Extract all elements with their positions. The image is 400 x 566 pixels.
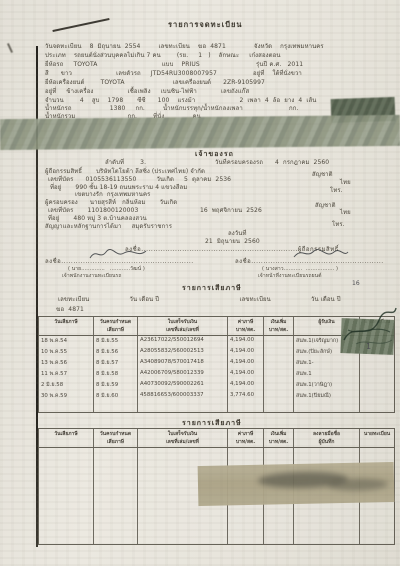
handwritten-mark-one: 1 bbox=[366, 342, 371, 352]
table-cell bbox=[94, 510, 138, 544]
table-cell bbox=[264, 336, 294, 347]
owner-holder-name: ผู้ถือกรรมสิทธิ์ บริษัทโตโยต้า ลีสซิ่ง (… bbox=[45, 168, 205, 175]
table-row: 2 มิ.ย.588 มิ.ย.59A40730092/5900022614,1… bbox=[39, 380, 394, 391]
table-cell: ค่าภาษี บาท/สต. bbox=[228, 429, 264, 447]
table-cell: A23617022/550012694 bbox=[138, 336, 228, 347]
occupier-card: เลขที่บัตร 1101800120003 bbox=[48, 207, 138, 214]
table-cell bbox=[39, 479, 94, 510]
table-cell: 13 พ.ค.56 bbox=[39, 358, 94, 369]
table-cell: A28055832/560002513 bbox=[138, 347, 228, 358]
dated-label: ลงวันที่ bbox=[228, 230, 247, 237]
tape-strip-khaki bbox=[198, 462, 395, 506]
table-cell: ใบเสร็จรับเงิน เลขที่เล่ม/เลขที่ bbox=[138, 317, 228, 335]
occupier-birthdate: 16 พฤศจิกายน 2526 bbox=[200, 207, 262, 214]
table-cell: 8 มิ.ย.56 bbox=[94, 347, 138, 358]
table-cell bbox=[360, 369, 394, 380]
table-cell bbox=[138, 402, 228, 412]
table-cell bbox=[39, 448, 94, 479]
table-cell: 11 พ.ค.57 bbox=[39, 369, 94, 380]
tax1-subheader: เลขทะเบียน วัน เดือน ปี เลขทะเบียน วัน เ… bbox=[58, 296, 341, 303]
page-title: รายการจดทะเบียน bbox=[168, 20, 243, 29]
table-cell: 3,774.60 bbox=[228, 391, 264, 402]
table-row: 11 พ.ค.578 มิ.ย.58A42006709/5800123394,1… bbox=[39, 369, 394, 380]
table-cell: วันครบกำหนด เสียภาษี bbox=[94, 317, 138, 335]
table-cell: 4,194.00 bbox=[228, 380, 264, 391]
signature-left bbox=[88, 246, 148, 262]
table-cell bbox=[264, 369, 294, 380]
table-cell: ค่าภาษี บาท/สต. bbox=[228, 317, 264, 335]
table-row: 30 พ.ค.598 มิ.ย.60458816653/6000033373,7… bbox=[39, 391, 394, 402]
table-cell: 10 พ.ค.55 bbox=[39, 347, 94, 358]
owner-section-title: เจ้าของรถ bbox=[195, 150, 234, 158]
table-cell: สนพ.1 bbox=[294, 369, 360, 380]
table-row: 13 พ.ค.568 มิ.ย.57A34089078/5700174184,1… bbox=[39, 358, 394, 369]
tel-label-1: โทร. bbox=[330, 187, 343, 194]
table-cell: ใบเสร็จรับเงิน เลขที่เล่ม/เลขที่ bbox=[138, 429, 228, 447]
table-cell: 4,194.00 bbox=[228, 358, 264, 369]
table-cell bbox=[294, 510, 360, 544]
acquisition-evidence: สัญญาและหลักฐานการได้มา สมุดรับราชการ bbox=[45, 223, 172, 230]
table-cell: 4,194.00 bbox=[228, 347, 264, 358]
table-cell bbox=[264, 347, 294, 358]
occupier-nationality: ไทย bbox=[340, 209, 351, 216]
tel-label-2: โทร. bbox=[332, 221, 345, 228]
table-cell: สนพ.1- bbox=[294, 358, 360, 369]
table-cell bbox=[360, 380, 394, 391]
table-cell: สนพ.1(ปิยมณี) bbox=[294, 391, 360, 402]
table-cell: A42006709/580012339 bbox=[138, 369, 228, 380]
table-row: วันเสียภาษีวันครบกำหนด เสียภาษีใบเสร็จรั… bbox=[39, 429, 394, 448]
left-signer-role: เจ้าพนักงานงานทะเบียนรถ bbox=[62, 273, 121, 279]
left-signer-name: ( นาย.............. ............วัฒน์ ) bbox=[68, 266, 145, 272]
table-cell: 458816653/600003337 bbox=[138, 391, 228, 402]
evidence-date: 21 มิถุนายน 2560 bbox=[205, 238, 260, 245]
occupier-address: ที่อยู่ 480 หมู่ 3 ต.บ้านคลองสวน bbox=[48, 215, 147, 222]
tax1-reg-no: ฆอ 4871 bbox=[56, 306, 84, 313]
occupier-name: ผู้ครอบครอง นายสุรสีห์ กลิ่นห้อม วันเกิด bbox=[45, 199, 177, 206]
tape-band-green bbox=[0, 115, 400, 150]
reg-line-type: ประเภท รถยนต์นั่งส่วนบุคคลไม่เกิน 7 คน (… bbox=[45, 52, 281, 59]
table-cell bbox=[264, 510, 294, 544]
tax1-title: รายการเสียภาษี bbox=[182, 284, 242, 292]
table-cell bbox=[264, 358, 294, 369]
owner-holder-address2: เขตบางรัก กรุงเทพมหานคร bbox=[75, 191, 150, 198]
table-cell: เงินเพิ่ม บาท/สต. bbox=[264, 317, 294, 335]
table-cell: ลงลายมือชื่อ ผู้บันทึก bbox=[294, 429, 360, 447]
table-cell: 30 พ.ค.59 bbox=[39, 391, 94, 402]
owner-holder-card: เลขที่บัตร 0105536113550 วันเกิด 5 ตุลาค… bbox=[48, 176, 231, 183]
pen-slash-mark bbox=[52, 18, 109, 32]
tape-smudge bbox=[328, 478, 388, 491]
table-row bbox=[39, 402, 394, 412]
table-cell bbox=[94, 479, 138, 510]
table-cell bbox=[94, 402, 138, 412]
table-cell: A34089078/570017418 bbox=[138, 358, 228, 369]
tax-table-2-head: วันเสียภาษีวันครบกำหนด เสียภาษีใบเสร็จรั… bbox=[39, 429, 394, 448]
table-cell: วันครบกำหนด เสียภาษี bbox=[94, 429, 138, 447]
table-cell bbox=[94, 448, 138, 479]
reg-line-chassis: สี ขาว เลขตัวรถ JTD54RU3008007957 อยู่ที… bbox=[45, 70, 302, 77]
table-cell: 18 พ.ค.54 bbox=[39, 336, 94, 347]
margin-pen-mark bbox=[7, 43, 13, 53]
signature-right bbox=[292, 246, 350, 262]
table-cell: นายทะเบียน bbox=[360, 429, 394, 447]
table-cell: 4,194.00 bbox=[228, 369, 264, 380]
owner-possession-date: วันที่ครอบครองรถ 4 กรกฎาคม 2560 bbox=[215, 159, 329, 166]
table-cell: เงินเพิ่ม บาท/สต. bbox=[264, 429, 294, 447]
table-cell: วันเสียภาษี bbox=[39, 317, 94, 335]
table-row bbox=[39, 510, 394, 544]
reg-line-fuel: อยู่ที่ ข้างเครื่อง เชื้อเพลิง เบนซิน-ไฟ… bbox=[45, 88, 249, 95]
table-cell bbox=[360, 510, 394, 544]
table-cell bbox=[264, 380, 294, 391]
table-cell bbox=[360, 402, 394, 412]
reg-line-brand: ยี่ห้อรถ TOYOTA แบบ PRIUS รุ่นปี ค.ศ. 20… bbox=[45, 61, 303, 68]
table-cell: 8 มิ.ย.59 bbox=[94, 380, 138, 391]
table-cell: สนพ.1(วาษิฎา) bbox=[294, 380, 360, 391]
tax2-title: รายการเสียภาษี bbox=[182, 419, 242, 427]
table-cell bbox=[360, 391, 394, 402]
table-cell: วันเสียภาษี bbox=[39, 429, 94, 447]
owner-seq: ลำดับที่ 3. bbox=[105, 159, 146, 166]
handwritten-page-number: 16 bbox=[352, 280, 360, 287]
table-cell: 4,194.00 bbox=[228, 336, 264, 347]
table-cell: A40730092/590002261 bbox=[138, 380, 228, 391]
table-cell bbox=[264, 402, 294, 412]
reg-line-weight: น้ำหนักรถ 1380 กก. น้ำหนักบรรทุก/น้ำหนัก… bbox=[45, 105, 298, 112]
nationality-label-2: สัญชาติ bbox=[315, 202, 336, 209]
table-cell bbox=[39, 510, 94, 544]
scanned-registration-document: รายการจดทะเบียน วันจดทะเบียน 8 มิถุนายน … bbox=[0, 0, 400, 566]
table-cell: 8 มิ.ย.60 bbox=[94, 391, 138, 402]
table-cell: 2 มิ.ย.58 bbox=[39, 380, 94, 391]
right-signer-role: เจ้าหน้าที่งานทะเบียนรถยนต์ bbox=[258, 273, 322, 279]
table-cell: 8 มิ.ย.58 bbox=[94, 369, 138, 380]
table-cell bbox=[228, 510, 264, 544]
reg-line-cylinders: จำนวน 4 สูบ 1798 ซีซี 100 แรงม้า 2 เพลา … bbox=[45, 97, 316, 104]
right-signer-name: ( นางสาว........... ................. ) bbox=[262, 266, 338, 272]
table-cell: 8 มิ.ย.57 bbox=[94, 358, 138, 369]
table-cell bbox=[264, 391, 294, 402]
owner-holder-nationality: ไทย bbox=[340, 179, 351, 186]
table-cell: 8 มิ.ย.55 bbox=[94, 336, 138, 347]
reg-line-date: วันจดทะเบียน 8 มิถุนายน 2554 เลขทะเบียน … bbox=[45, 43, 324, 50]
table-cell bbox=[39, 402, 94, 412]
table-cell bbox=[294, 402, 360, 412]
nationality-label-1: สัญชาติ bbox=[312, 171, 333, 178]
table-cell bbox=[138, 510, 228, 544]
table-cell bbox=[360, 358, 394, 369]
table-cell bbox=[228, 402, 264, 412]
reg-line-engine: ยี่ห้อเครื่องยนต์ TOYOTA เลขเครื่องยนต์ … bbox=[45, 79, 265, 86]
